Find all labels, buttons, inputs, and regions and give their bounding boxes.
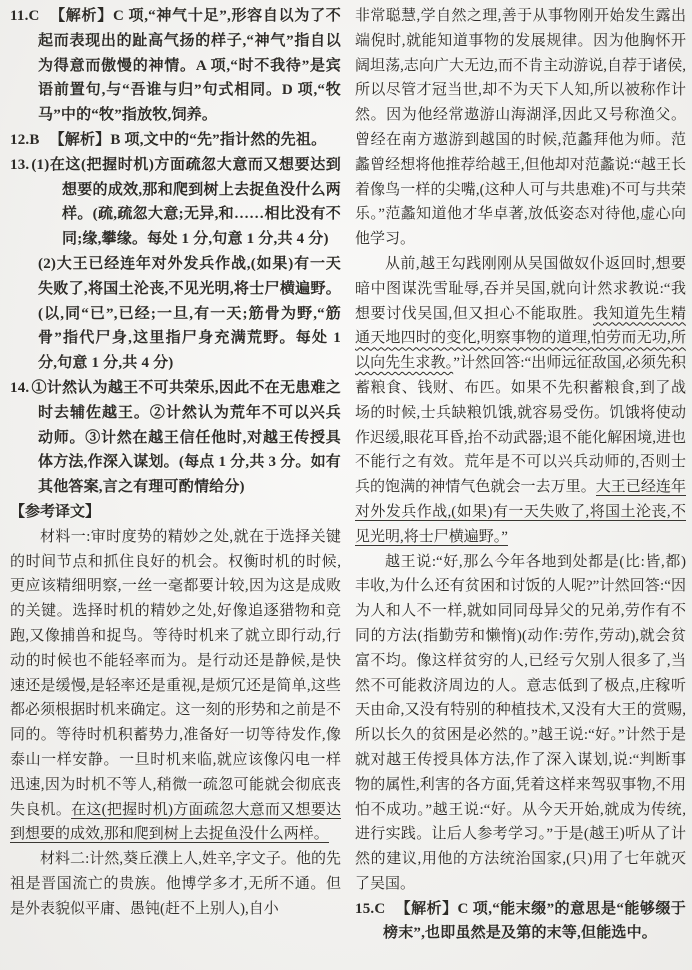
item-number: 15.C xyxy=(355,901,385,917)
answer-item-13-1: 13.(1)在这(把握时机)方面疏忽大意而又想要达到想要的成效,那和爬到树上去捉… xyxy=(10,153,341,252)
translation-material-2-start: 材料二:计然,葵丘濮上人,姓辛,字文子。他的先祖是晋国流亡的贵族。他博学多才,无… xyxy=(10,847,341,921)
translation-material-2-cont: 非常聪慧,学自然之理,善于从事物刚开始发生露出端倪时,就能知道事物的发展规律。因… xyxy=(355,4,686,252)
text-run: ①计然认为越王不可共荣乐,因此不在无患难之时去辅佐越王。②计然认为荒年不可以兴兵… xyxy=(31,380,341,495)
document-page: 11.C【解析】C 项,“神气十足”,形容自以为了不起而表现出的趾高气扬的样子,… xyxy=(0,0,692,970)
text-run: ”计然回答:“出师远征敌国,必须先积蓄粮食、钱财、布匹。如果不先积蓄粮食,到了战… xyxy=(355,355,686,495)
text-run: (1)在这(把握时机)方面疏忽大意而又想要达到想要的成效,那和爬到树上去捉鱼没什… xyxy=(31,157,341,247)
right-column: 非常聪慧,学自然之理,善于从事物刚开始发生露出端倪时,就能知道事物的发展规律。因… xyxy=(355,4,686,970)
text-run: 【解析】B 项,文中的“先”指计然的先祖。 xyxy=(50,132,327,148)
translation-paragraph-goujian: 从前,越王勾践刚刚从吴国做奴仆返回时,想要暗中图谋洗雪耻辱,吞并吴国,就向计然求… xyxy=(355,252,686,550)
left-column: 11.C【解析】C 项,“神气十足”,形容自以为了不起而表现出的趾高气扬的样子,… xyxy=(10,4,341,970)
answer-item-12: 12.B【解析】B 项,文中的“先”指计然的先祖。 xyxy=(10,128,341,153)
text-run: 【解析】C 项,“能末缀”的意思是“能够缀于榜末”,也即虽然是及第的末等,但能选… xyxy=(383,901,686,942)
item-number: 12.B xyxy=(10,132,40,148)
text-run: 越王说:“好,那么今年各地到处都是(比:皆,都)丰收,为什么还有贫困和讨饭的人呢… xyxy=(355,554,686,892)
answer-item-15: 15.C【解析】C 项,“能末缀”的意思是“能够缀于榜末”,也即虽然是及第的末等… xyxy=(355,897,686,947)
text-run: (2)大王已经连年对外发兵作战,(如果)有一天失败了,将国土沦丧,不见光明,将士… xyxy=(38,256,341,371)
answer-item-14: 14.①计然认为越王不可共荣乐,因此不在无患难之时去辅佐越王。②计然认为荒年不可… xyxy=(10,376,341,500)
text-run: 材料二:计然,葵丘濮上人,姓辛,字文子。他的先祖是晋国流亡的贵族。他博学多才,无… xyxy=(10,851,341,917)
item-number: 11.C xyxy=(10,8,40,24)
text-run: 材料一:审时度势的精妙之处,就在于选择关键的时间节点和抓住良好的机会。权衡时机的… xyxy=(10,529,341,818)
text-run: 【参考译文】 xyxy=(10,504,100,520)
item-number: 14. xyxy=(10,380,29,396)
answer-item-11: 11.C【解析】C 项,“神气十足”,形容自以为了不起而表现出的趾高气扬的样子,… xyxy=(10,4,341,128)
item-number: 13. xyxy=(10,157,29,173)
text-run: 【解析】C 项,“神气十足”,形容自以为了不起而表现出的趾高气扬的样子,“神气”… xyxy=(38,8,341,123)
translation-material-1: 材料一:审时度势的精妙之处,就在于选择关键的时间节点和抓住良好的机会。权衡时机的… xyxy=(10,525,341,847)
reference-translation-heading: 【参考译文】 xyxy=(10,500,341,525)
answer-item-13-2: (2)大王已经连年对外发兵作战,(如果)有一天失败了,将国土沦丧,不见光明,将士… xyxy=(38,252,341,376)
text-run: 非常聪慧,学自然之理,善于从事物刚开始发生露出端倪时,就能知道事物的发展规律。因… xyxy=(355,8,686,247)
translation-paragraph-harvest: 越王说:“好,那么今年各地到处都是(比:皆,都)丰收,为什么还有贫困和讨饭的人呢… xyxy=(355,550,686,897)
